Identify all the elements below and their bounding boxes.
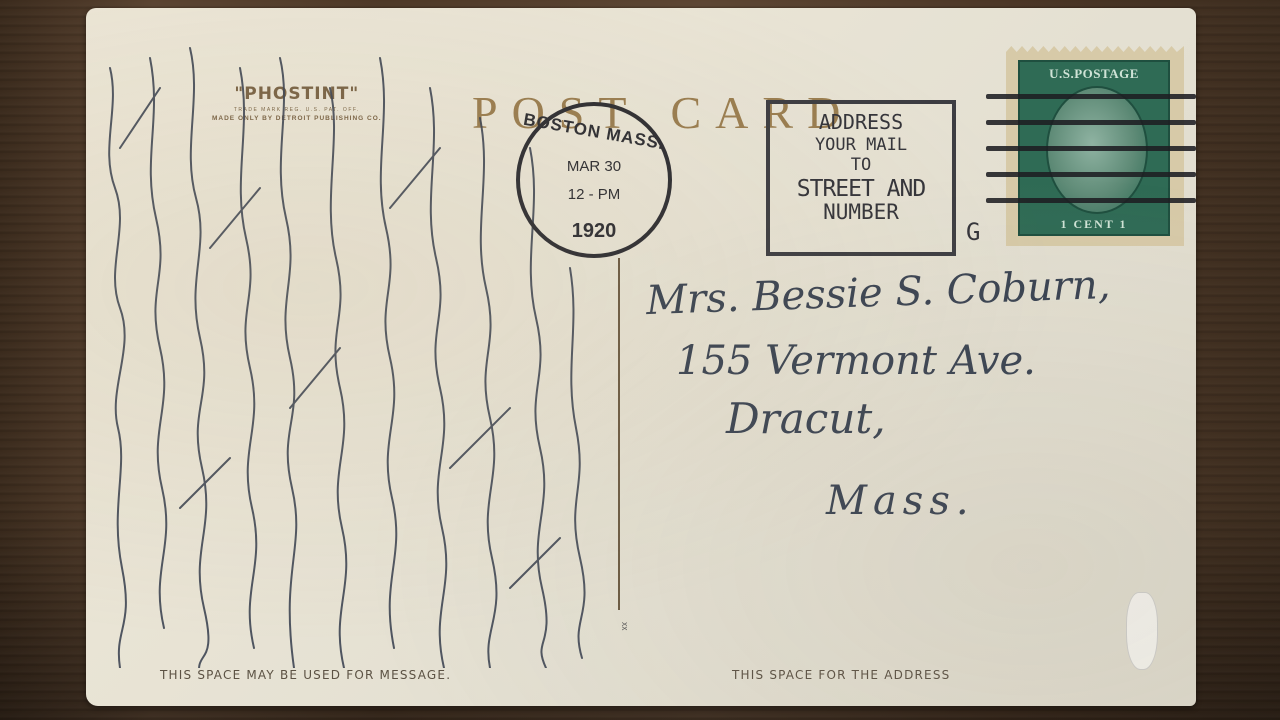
slogan-cancel-box: ADDRESS YOUR MAIL TO STREET AND NUMBER	[766, 100, 956, 256]
address-space-label: THIS SPACE FOR THE ADDRESS	[732, 668, 950, 682]
postmark-year: 1920	[520, 220, 668, 243]
cancel-bars	[986, 94, 1196, 224]
postmark-date: MAR 30	[520, 158, 668, 175]
postcard: "PHOSTINT" TRADE MARK REG. U.S. PAT. OFF…	[86, 8, 1196, 706]
recipient-name: Mrs. Bessie S. Coburn,	[645, 262, 1111, 324]
recipient-street: 155 Vermont Ave.	[676, 338, 1036, 384]
cancel-bar	[986, 172, 1196, 177]
cancel-bar	[986, 146, 1196, 151]
paper-stain	[1126, 592, 1158, 670]
recipient-state: Mass.	[826, 478, 975, 524]
slogan-line-3: TO	[770, 157, 952, 175]
center-divider-line	[618, 258, 620, 610]
stamp-top-text: U.S.POSTAGE	[1020, 66, 1168, 82]
slogan-line-5: NUMBER	[770, 201, 952, 223]
slogan-suffix: G	[966, 218, 980, 246]
recipient-city: Dracut,	[726, 394, 886, 443]
divider-mark: XX	[619, 622, 627, 630]
slogan-line-1: ADDRESS	[770, 112, 952, 133]
cancel-bar	[986, 120, 1196, 125]
slogan-line-2: YOUR MAIL	[770, 137, 952, 155]
cancel-bar	[986, 198, 1196, 203]
cancel-bar	[986, 94, 1196, 99]
slogan-line-4: STREET AND	[770, 177, 952, 201]
boston-postmark: BOSTON MASS. MAR 30 12 - PM 1920	[516, 102, 672, 258]
message-space-label: THIS SPACE MAY BE USED FOR MESSAGE.	[160, 668, 451, 682]
postmark-time: 12 - PM	[520, 186, 668, 203]
